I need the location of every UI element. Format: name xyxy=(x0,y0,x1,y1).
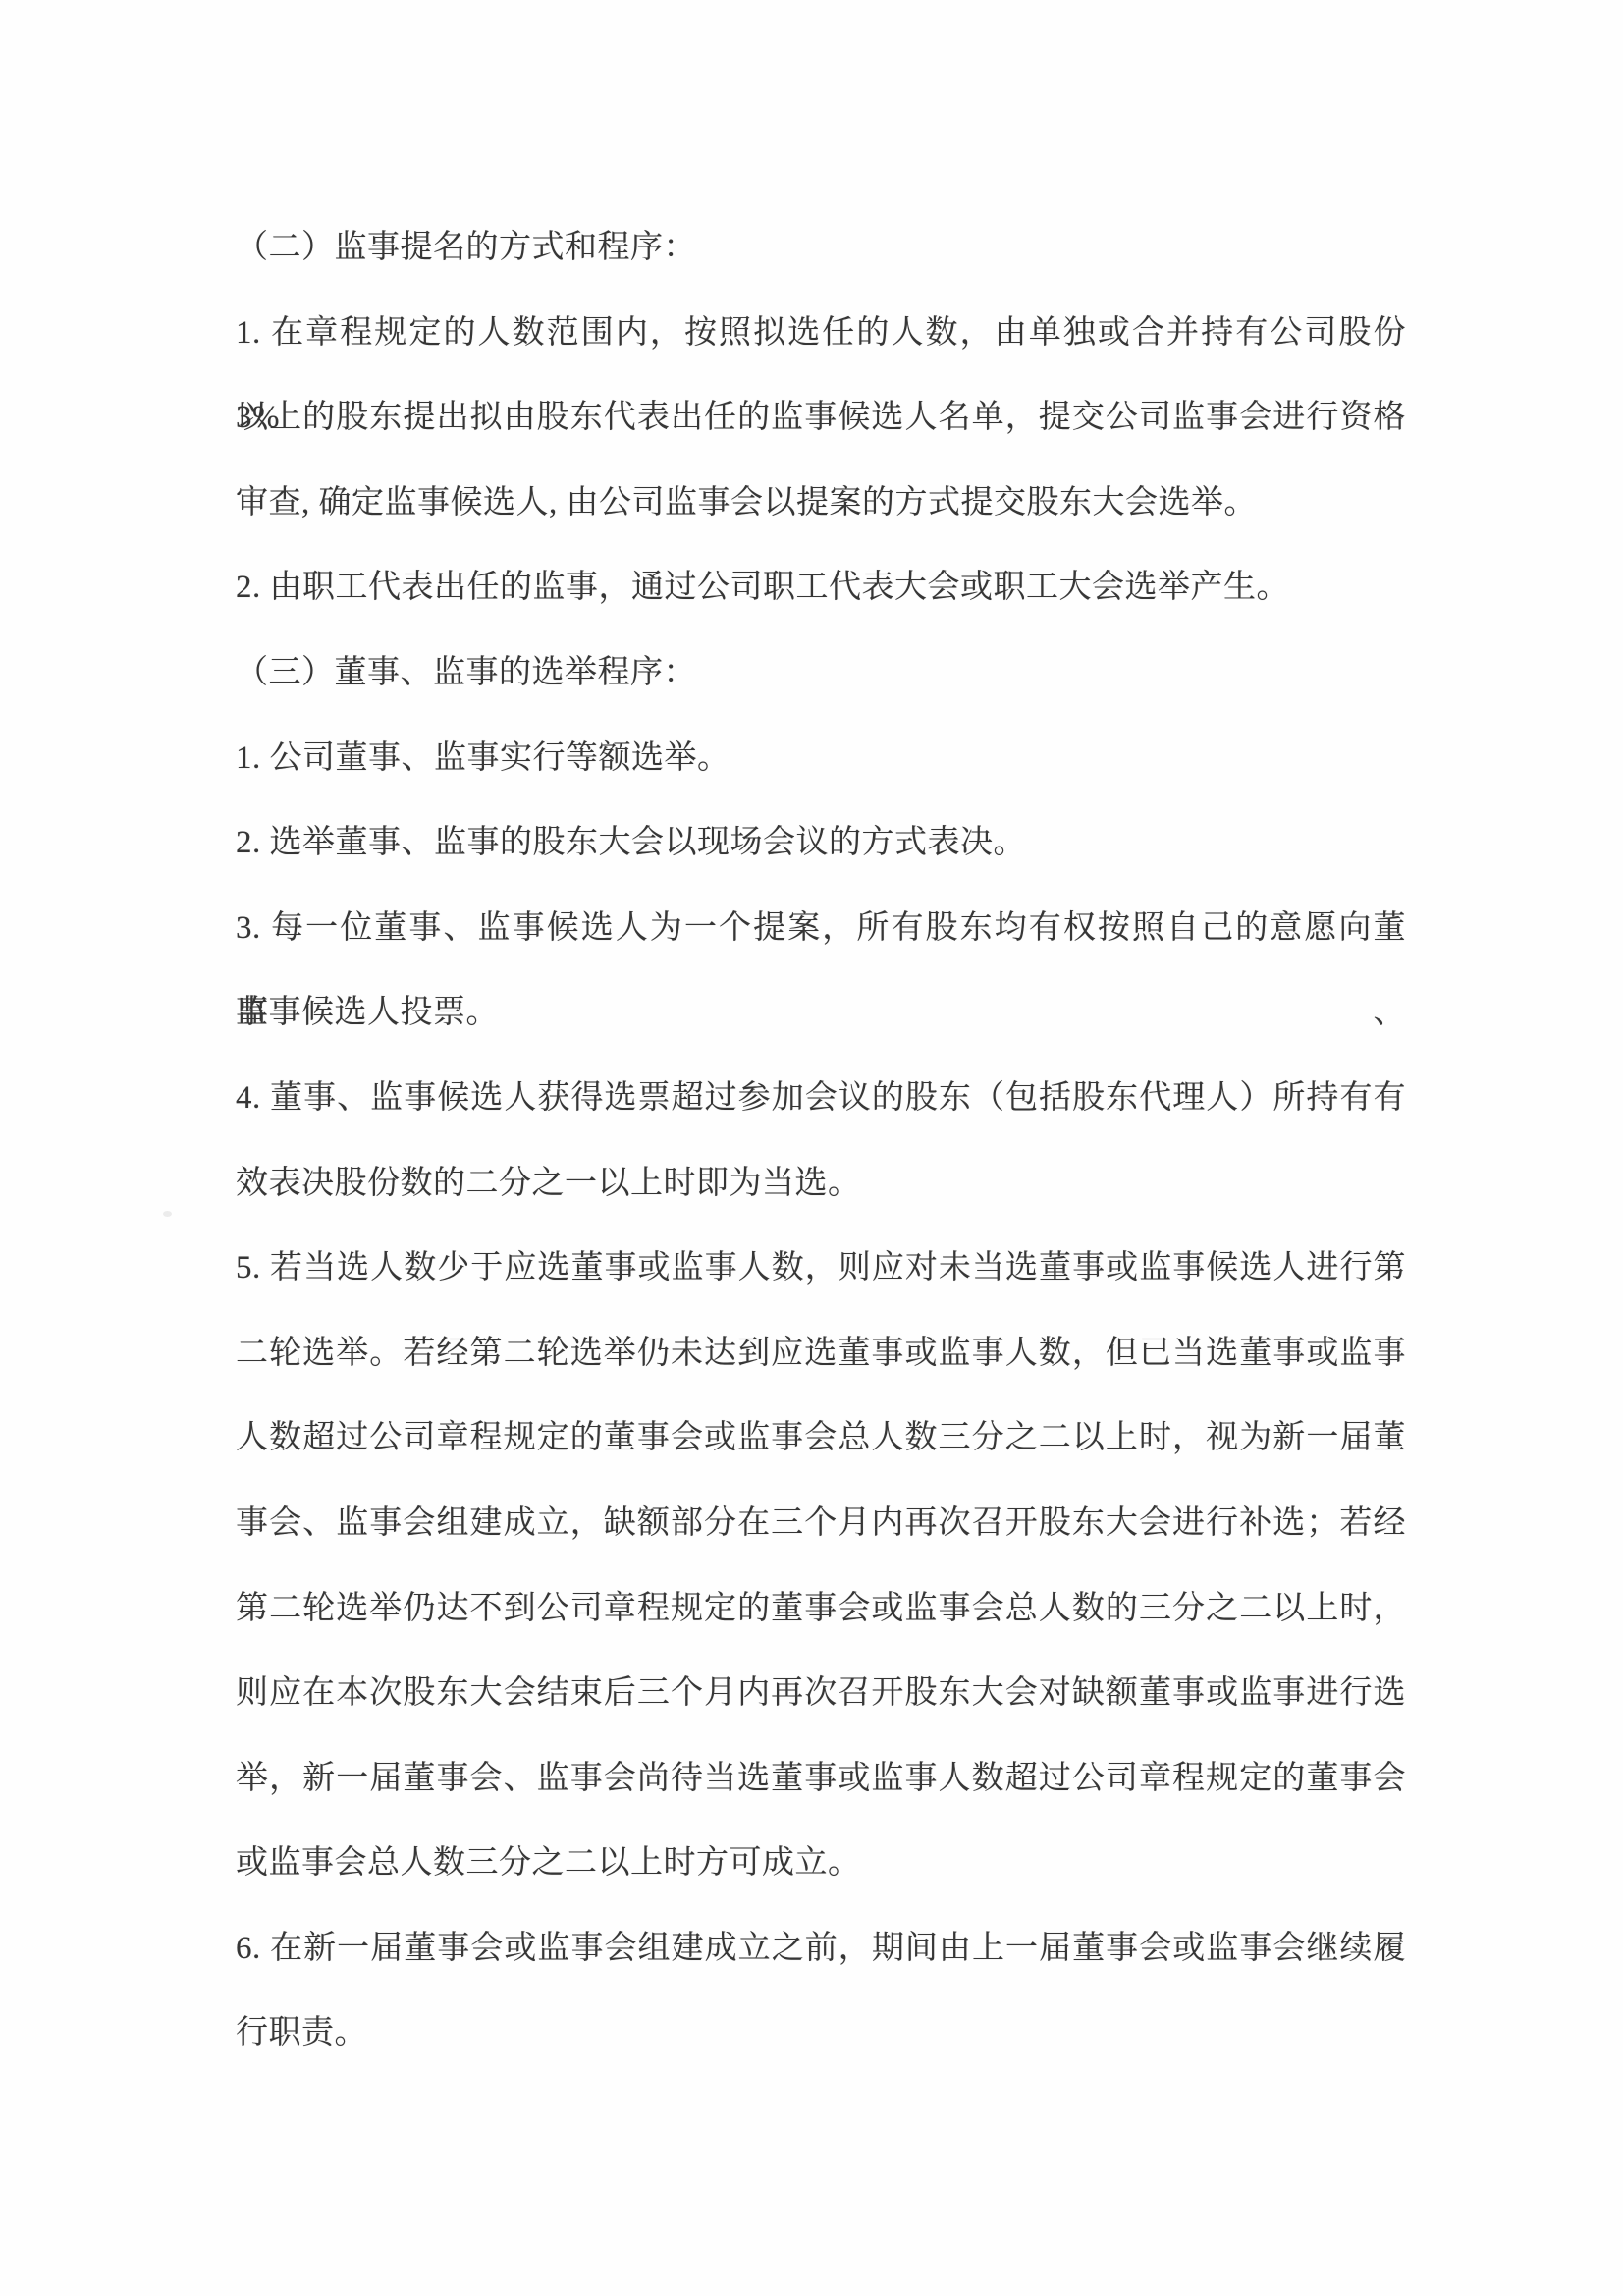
scan-speck xyxy=(163,1211,172,1217)
document-line: （二）监事提名的方式和程序： xyxy=(236,205,1406,291)
document-line: 二轮选举。若经第二轮选举仍未达到应选董事或监事人数，但已当选董事或监事 xyxy=(236,1311,1406,1396)
document-line: 举，新一届董事会、监事会尚待当选董事或监事人数超过公司章程规定的董事会 xyxy=(236,1736,1406,1822)
document-line: 1. 公司董事、监事实行等额选举。 xyxy=(236,716,1406,801)
document-line: 第二轮选举仍达不到公司章程规定的董事会或监事会总人数的三分之二以上时， xyxy=(236,1566,1406,1652)
document-line: 审查, 确定监事候选人, 由公司监事会以提案的方式提交股东大会选举。 xyxy=(236,461,1406,546)
document-line: （三）董事、监事的选举程序： xyxy=(236,630,1406,716)
document-line: 或监事会总人数三分之二以上时方可成立。 xyxy=(236,1821,1406,1906)
document-line: 事会、监事会组建成立，缺额部分在三个月内再次召开股东大会进行补选；若经 xyxy=(236,1481,1406,1566)
document-text: （二）监事提名的方式和程序：1. 在章程规定的人数范围内，按照拟选任的人数，由单… xyxy=(236,205,1406,2076)
scanned-document-page: （二）监事提名的方式和程序：1. 在章程规定的人数范围内，按照拟选任的人数，由单… xyxy=(0,0,1623,2296)
document-line: 6. 在新一届董事会或监事会组建成立之前，期间由上一届董事会或监事会继续履 xyxy=(236,1906,1406,1992)
document-line: 3. 每一位董事、监事候选人为一个提案，所有股东均有权按照自己的意愿向董事、 xyxy=(236,886,1406,971)
document-line: 则应在本次股东大会结束后三个月内再次召开股东大会对缺额董事或监事进行选 xyxy=(236,1651,1406,1736)
document-line: 人数超过公司章程规定的董事会或监事会总人数三分之二以上时，视为新一届董 xyxy=(236,1395,1406,1481)
document-line: 1. 在章程规定的人数范围内，按照拟选任的人数，由单独或合并持有公司股份 3% xyxy=(236,291,1406,376)
document-line: 以上的股东提出拟由股东代表出任的监事候选人名单，提交公司监事会进行资格 xyxy=(236,375,1406,461)
document-line: 5. 若当选人数少于应选董事或监事人数，则应对未当选董事或监事候选人进行第 xyxy=(236,1226,1406,1311)
document-line: 2. 由职工代表出任的监事，通过公司职工代表大会或职工大会选举产生。 xyxy=(236,545,1406,630)
document-line: 2. 选举董事、监事的股东大会以现场会议的方式表决。 xyxy=(236,800,1406,886)
document-line: 4. 董事、监事候选人获得选票超过参加会议的股东（包括股东代理人）所持有有 xyxy=(236,1056,1406,1141)
document-line: 效表决股份数的二分之一以上时即为当选。 xyxy=(236,1141,1406,1227)
document-line: 行职责。 xyxy=(236,1991,1406,2076)
